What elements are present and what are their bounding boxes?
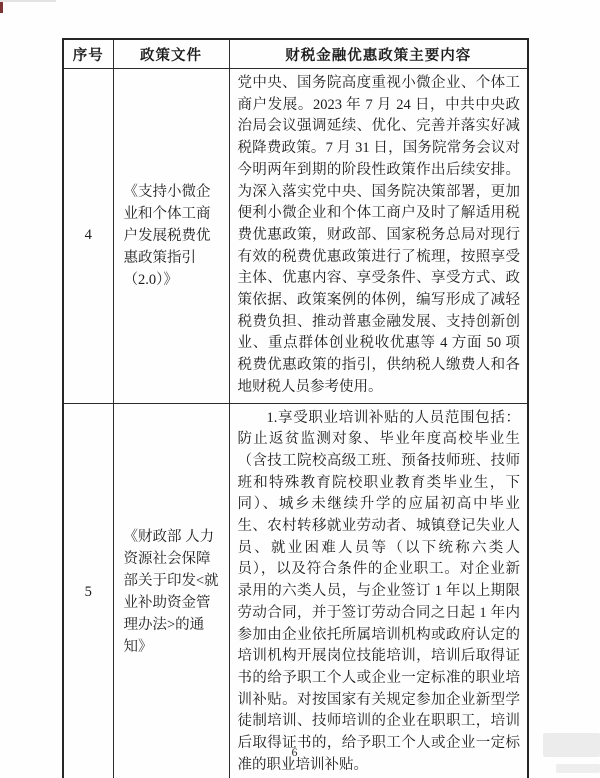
- page-number: 6: [62, 745, 527, 760]
- policy-document-title: 《财政部 人力资源社会保障部关于印发<就业补助资金管理办法>的通知》: [113, 403, 229, 778]
- policy-table: 序号 政策文件 财税金融优惠政策主要内容 4 《支持小微企业和个体工商户发展税费…: [62, 38, 529, 778]
- column-header-policy-document: 政策文件: [113, 39, 229, 69]
- policy-content: 党中央、国务院高度重视小微企业、个体工商户发展。2023 年 7 月 24 日，…: [229, 69, 528, 404]
- watermark-smudge: [556, 764, 600, 773]
- watermark-smudge: [543, 733, 600, 757]
- column-header-index: 序号: [63, 39, 113, 69]
- table-row: 4 《支持小微企业和个体工商户发展税费优惠政策指引（2.0）》 党中央、国务院高…: [63, 69, 528, 404]
- policy-content: 1.享受职业培训补贴的人员范围包括：防止返贫监测对象、毕业年度高校毕业生（含技工…: [229, 403, 528, 778]
- row-index: 4: [63, 69, 113, 404]
- policy-document-title: 《支持小微企业和个体工商户发展税费优惠政策指引（2.0）》: [113, 69, 229, 404]
- table-header-row: 序号 政策文件 财税金融优惠政策主要内容: [63, 39, 528, 69]
- scan-artifact-band: [0, 0, 56, 2]
- row-index: 5: [63, 403, 113, 778]
- column-header-policy-content: 财税金融优惠政策主要内容: [229, 39, 528, 69]
- document-page: 序号 政策文件 财税金融优惠政策主要内容 4 《支持小微企业和个体工商户发展税费…: [0, 0, 600, 778]
- table-row: 5 《财政部 人力资源社会保障部关于印发<就业补助资金管理办法>的通知》 1.享…: [63, 403, 528, 778]
